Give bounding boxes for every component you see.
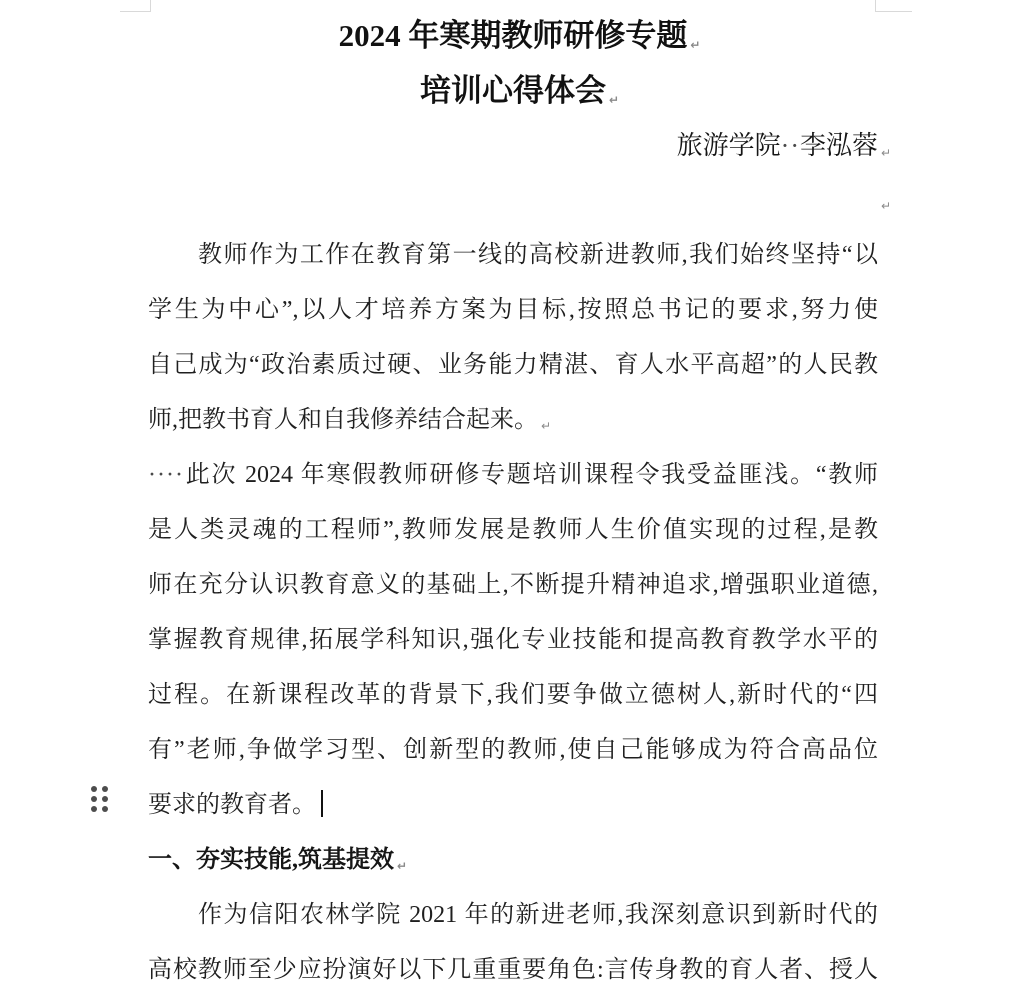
text-line[interactable]: 过程。在新课程改革的背景下,我们要争做立德树人,新时代的“四 [148,668,878,723]
space-formatting-marks: ···· [148,462,184,488]
text-line[interactable]: 师,把教书育人和自我修养结合起来。↵ [148,393,878,448]
drag-dot [102,806,108,812]
drag-dot [91,806,97,812]
space-formatting-marks: ·· [781,131,800,160]
line-text: 学生为中心”,以人才培养方案为目标,按照总书记的要求,努力使 [148,297,878,323]
text-line[interactable]: 高校教师至少应扮演好以下几重重要角色:言传身教的育人者、授人 [148,943,878,998]
text-line[interactable]: 作为信阳农林学院 2021 年的新进老师,我深刻意识到新时代的 [148,888,878,943]
line-text: 有”老师,争做学习型、创新型的教师,使自己能够成为符合高品位 [148,737,878,763]
line-text: 此次 2024 年寒假教师研修专题培训课程令我受益匪浅。“教师 [184,462,878,488]
line-text: 师,把教书育人和自我修养结合起来。 [148,407,538,433]
text-line[interactable]: 要求的教育者。 [148,778,878,833]
text-boundary-mark-top-right [875,11,912,12]
text-boundary-mark-top-left [120,11,151,12]
text-line[interactable]: 学生为中心”,以人才培养方案为目标,按照总书记的要求,努力使 [148,283,878,338]
line-text: 2024 年寒期教师研修专题 [339,18,688,53]
byline[interactable]: 旅游学院··李泓蓉↵ [148,118,878,173]
line-text: 一、夯实技能,筑基提效 [148,847,394,873]
line-text: 要求的教育者。 [148,792,316,818]
text-line[interactable]: 有”老师,争做学习型、创新型的教师,使自己能够成为符合高品位 [148,723,878,778]
text-line[interactable]: 师在充分认识教育意义的基础上,不断提升精神追求,增强职业道德, [148,558,878,613]
line-text: 高校教师至少应扮演好以下几重重要角色:言传身教的育人者、授人 [148,957,878,983]
text-line[interactable]: 掌握教育规律,拓展学科知识,强化专业技能和提高教育教学水平的 [148,613,878,668]
block-drag-handle-icon[interactable] [91,786,108,812]
drag-dot [102,796,108,802]
document-text-area[interactable]: 2024 年寒期教师研修专题↵培训心得体会↵旅游学院··李泓蓉↵↵教师作为工作在… [148,8,878,998]
line-text: 培训心得体会 [420,73,606,108]
text-line[interactable]: ····此次 2024 年寒假教师研修专题培训课程令我受益匪浅。“教师 [148,448,878,503]
line-text: 教师作为工作在教育第一线的高校新进教师,我们始终坚持“以 [198,242,878,268]
drag-dot [91,786,97,792]
line-text: 是人类灵魂的工程师”,教师发展是教师人生价值实现的过程,是教 [148,517,878,543]
line-text: 作为信阳农林学院 2021 年的新进老师,我深刻意识到新时代的 [198,902,878,928]
byline-department: 旅游学院 [677,131,781,160]
document-title-line[interactable]: 培训心得体会↵ [148,63,878,118]
text-line[interactable]: 是人类灵魂的工程师”,教师发展是教师人生价值实现的过程,是教 [148,503,878,558]
line-text: 自己成为“政治素质过硬、业务能力精湛、育人水平高超”的人民教 [148,352,878,378]
document-title-line[interactable]: 2024 年寒期教师研修专题↵ [148,8,878,63]
text-cursor [321,790,323,817]
line-text: 师在充分认识教育意义的基础上,不断提升精神追求,增强职业道德, [148,572,878,598]
drag-dot [102,786,108,792]
line-text: 掌握教育规律,拓展学科知识,强化专业技能和提高教育教学水平的 [148,627,878,653]
text-line[interactable]: 自己成为“政治素质过硬、业务能力精湛、育人水平高超”的人民教 [148,338,878,393]
empty-paragraph[interactable]: ↵ [148,173,878,228]
drag-dot [91,796,97,802]
byline-author: 李泓蓉 [800,131,878,160]
line-text: 过程。在新课程改革的背景下,我们要争做立德树人,新时代的“四 [148,682,878,708]
section-heading[interactable]: 一、夯实技能,筑基提效↵ [148,833,878,888]
text-line[interactable]: 教师作为工作在教育第一线的高校新进教师,我们始终坚持“以 [148,228,878,283]
word-document-page: 2024 年寒期教师研修专题↵培训心得体会↵旅游学院··李泓蓉↵↵教师作为工作在… [0,0,1024,999]
